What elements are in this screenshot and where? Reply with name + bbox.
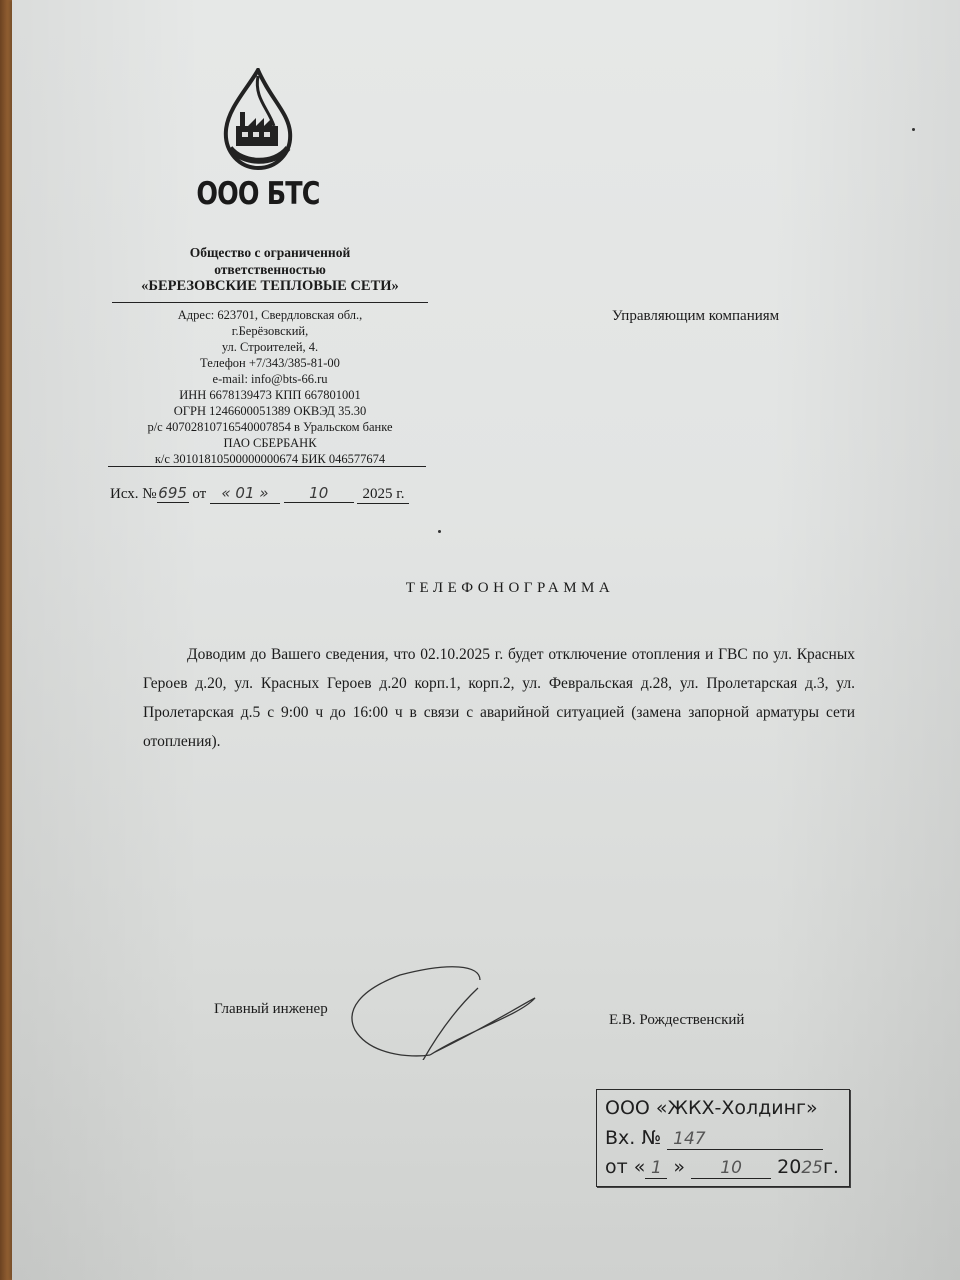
speck bbox=[438, 530, 441, 533]
requisite-phone: Телефон +7/343/385-81-00 bbox=[110, 355, 430, 371]
outgoing-prefix: Исх. № bbox=[110, 486, 157, 502]
speck bbox=[912, 128, 915, 131]
outgoing-reference: Исх. №695 от « 01 » 10 2025 г. bbox=[110, 484, 430, 504]
requisite-street: ул. Строителей, 4. bbox=[110, 339, 430, 355]
requisite-ogrn: ОГРН 1246600051389 ОКВЭД 35.30 bbox=[110, 403, 430, 419]
stamp-number: 147 bbox=[667, 1129, 823, 1150]
org-full-name: «БЕРЕЗОВСКИЕ ТЕПЛОВЫЕ СЕТИ» bbox=[110, 278, 430, 295]
outgoing-number: 695 bbox=[157, 484, 189, 503]
stamp-date-line: от «1 » 10 2025г. bbox=[605, 1156, 839, 1179]
requisite-inn-kpp: ИНН 6678139473 КПП 667801001 bbox=[110, 387, 430, 403]
outgoing-from-label: от bbox=[192, 486, 206, 502]
stamp-month: 10 bbox=[691, 1158, 771, 1179]
outgoing-day: « 01 » bbox=[210, 484, 280, 504]
outgoing-year: 2025 г. bbox=[357, 486, 409, 504]
stamp-from-label: от « bbox=[605, 1156, 645, 1178]
handwritten-signature bbox=[340, 960, 550, 1060]
document-title: ТЕЛЕФОНОГРАММА bbox=[300, 580, 720, 597]
requisite-city: г.Берёзовский, bbox=[110, 323, 430, 339]
document-body: Доводим до Вашего сведения, что 02.10.20… bbox=[143, 640, 855, 756]
letterhead-divider-bottom bbox=[108, 466, 426, 467]
requisite-account: р/с 40702810716540007854 в Уральском бан… bbox=[110, 419, 430, 435]
requisite-corr-account: к/с 30101810500000000674 БИК 046577674 bbox=[110, 451, 430, 467]
stamp-day: 1 bbox=[645, 1158, 667, 1179]
stamp-number-line: Вх. № 147 bbox=[605, 1127, 823, 1150]
signer-position: Главный инженер bbox=[214, 1001, 328, 1018]
org-line-1: Общество с ограниченной bbox=[110, 244, 430, 261]
stamp-org: ООО «ЖКХ-Холдинг» bbox=[605, 1097, 818, 1119]
stamp-year: 2025г. bbox=[777, 1156, 839, 1178]
outgoing-month: 10 bbox=[284, 484, 354, 503]
incoming-registration-stamp: ООО «ЖКХ-Холдинг» Вх. № 147 от «1 » 10 2… bbox=[596, 1089, 850, 1187]
requisite-address: Адрес: 623701, Свердловская обл., bbox=[110, 307, 430, 323]
company-brand: ООО БТС bbox=[178, 176, 339, 212]
recipient: Управляющим компаниям bbox=[612, 308, 779, 325]
drop-factory-logo-icon bbox=[218, 68, 298, 178]
stamp-number-label: Вх. № bbox=[605, 1127, 661, 1149]
requisite-bank: ПАО СБЕРБАНК bbox=[110, 435, 430, 451]
requisite-email: e-mail: info@bts-66.ru bbox=[110, 371, 430, 387]
org-line-2: ответственностью bbox=[110, 261, 430, 278]
letterhead-divider-top bbox=[112, 302, 428, 303]
signer-name: Е.В. Рождественский bbox=[609, 1012, 744, 1029]
organization-name-block: Общество с ограниченной ответственностью… bbox=[110, 244, 430, 295]
requisites-block: Адрес: 623701, Свердловская обл., г.Берё… bbox=[110, 307, 430, 467]
stamp-day-close: » bbox=[673, 1156, 685, 1178]
